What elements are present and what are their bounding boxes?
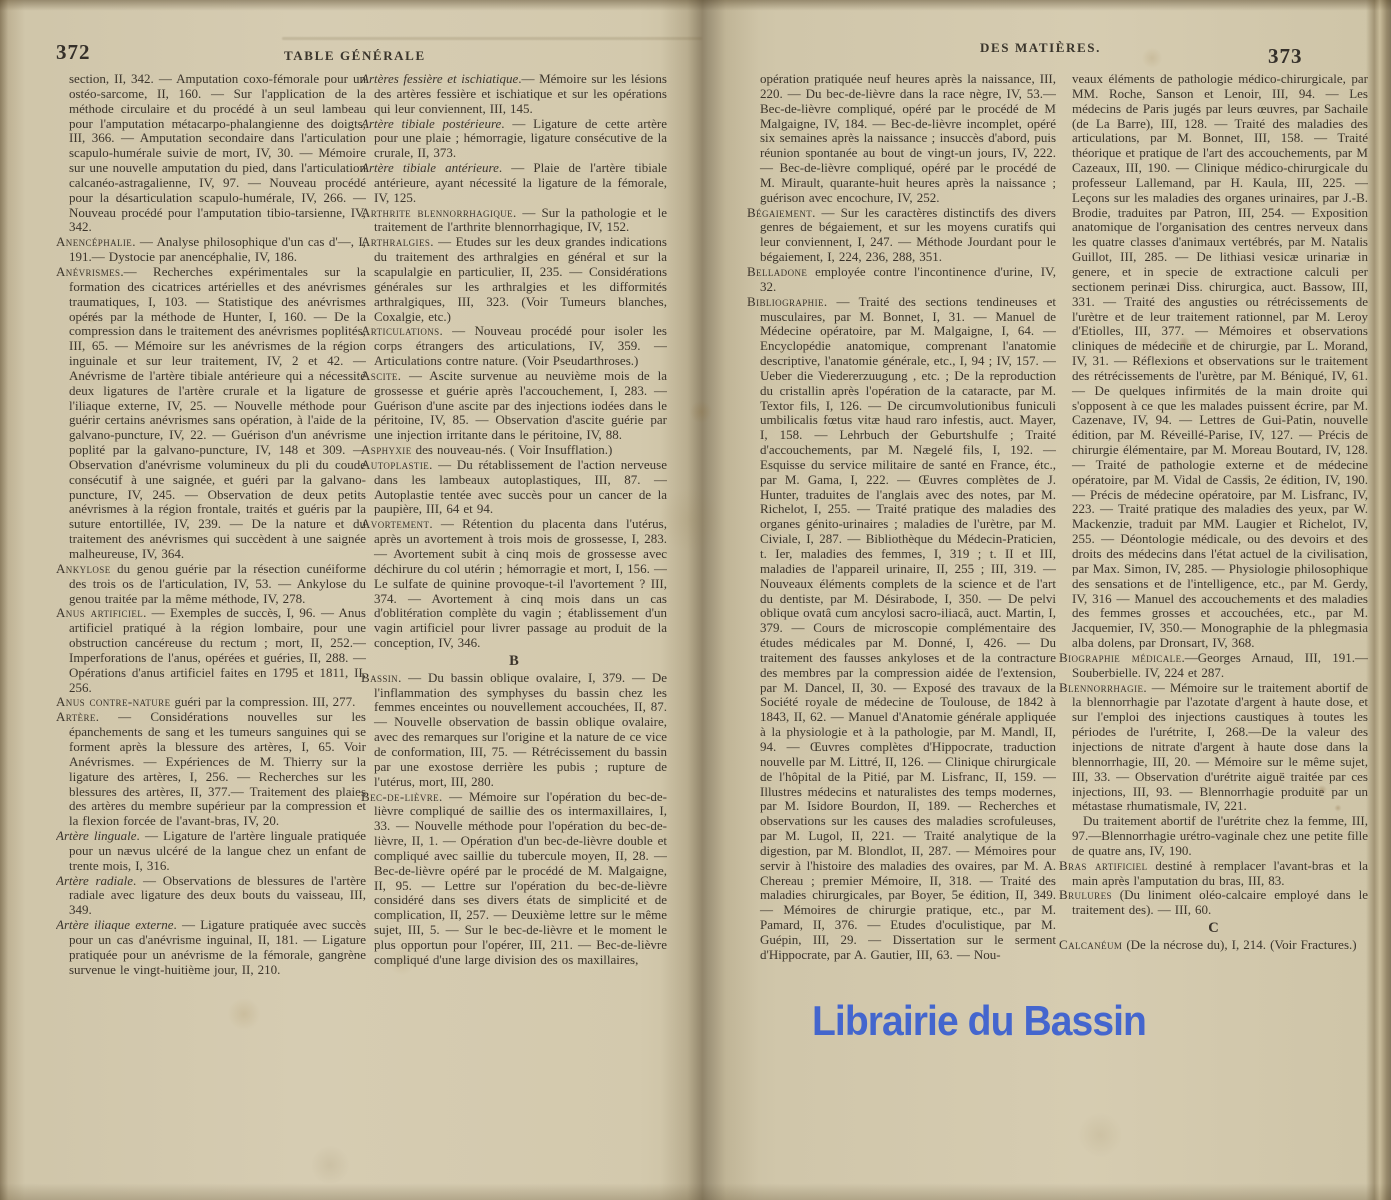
entry-headword: Artère tibiale postérieure xyxy=(361,116,501,131)
index-entry: Bras artificiel destiné à remplacer l'av… xyxy=(1059,859,1368,889)
right-page-column-2: veaux éléments de pathologie médico-chir… xyxy=(1059,72,1368,1144)
entry-headword: Anencéphalie xyxy=(56,234,132,249)
index-entry: Brulures (Du liniment oléo-calcaire empl… xyxy=(1059,888,1368,918)
index-entry: Arthrite blennorrhagique. — Sur la patho… xyxy=(361,206,667,236)
index-entry: Ascite. — Ascite survenue au neuvième mo… xyxy=(361,369,667,443)
entry-headword: Artères fessière et ischiatique xyxy=(361,72,518,86)
entry-headword: Brulures xyxy=(1059,887,1112,902)
entry-headword: Belladone xyxy=(747,264,807,279)
index-entry: Articulations. — Nouveau procédé pour is… xyxy=(361,324,667,369)
index-entry: opération pratiquée neuf heures après la… xyxy=(747,72,1056,206)
index-entry: Anencéphalie. — Analyse philosophique d'… xyxy=(56,235,366,265)
index-entry: Artère tibiale postérieure. — Ligature d… xyxy=(361,117,667,162)
entry-headword: Bégaiement xyxy=(747,205,812,220)
section-letter: B xyxy=(361,654,667,669)
entry-headword: Anus artificiel xyxy=(56,605,143,620)
entry-headword: Artère radiale xyxy=(56,873,133,888)
show-through-rule xyxy=(282,37,702,40)
index-entry: Avortement. — Rétention du placenta dans… xyxy=(361,517,667,651)
index-entry: Bégaiement. — Sur les caractères distinc… xyxy=(747,206,1056,265)
left-running-head: TABLE GÉNÉRALE xyxy=(284,48,426,64)
left-page-column-1: section, II, 342. — Amputation coxo-fémo… xyxy=(56,72,366,1144)
entry-headword: Biographie médicale xyxy=(1059,650,1181,665)
entry-headword: Bassin xyxy=(361,670,398,685)
entry-headword: Articulations xyxy=(361,323,440,338)
index-entry: Anus contre-nature guéri par la compress… xyxy=(56,695,366,710)
entry-headword: Anus contre-nature xyxy=(56,694,170,709)
index-entry: Artères fessière et ischiatique.— Mémoir… xyxy=(361,72,667,117)
section-letter: C xyxy=(1059,921,1368,936)
right-page-column-1: opération pratiquée neuf heures après la… xyxy=(747,72,1056,1144)
entry-headword: Arthralgies xyxy=(361,234,430,249)
right-running-head: DES MATIÈRES. xyxy=(980,40,1101,56)
left-page-number: 372 xyxy=(56,40,91,65)
index-entry: Blennorrhagie. — Mémoire sur le traiteme… xyxy=(1059,681,1368,815)
index-entry: Du traitement abortif de l'urétrite chez… xyxy=(1059,814,1368,859)
entry-headword: Bibliographie xyxy=(747,294,824,309)
entry-headword: Artère iliaque externe xyxy=(56,917,174,932)
index-entry: Bec-de-lièvre. — Mémoire sur l'opération… xyxy=(361,790,667,968)
left-page-column-2: Artères fessière et ischiatique.— Mémoir… xyxy=(361,72,667,1144)
index-entry: Arthralgies. — Etudes sur les deux grand… xyxy=(361,235,667,324)
right-page-number: 373 xyxy=(1268,44,1303,69)
entry-headword: Autoplastie xyxy=(361,457,429,472)
entry-headword: Bras artificiel xyxy=(1059,858,1147,873)
index-entry: Artère radiale. — Observations de blessu… xyxy=(56,874,366,919)
index-entry: Artère. — Considérations nouvelles sur l… xyxy=(56,710,366,829)
entry-headword: Artère linguale xyxy=(56,828,137,843)
index-entry: Bassin. — Du bassin oblique ovalaire, I,… xyxy=(361,671,667,790)
entry-headword: Anévrismes xyxy=(56,264,120,279)
index-entry: Belladone employée contre l'incontinence… xyxy=(747,265,1056,295)
entry-headword: Artère xyxy=(56,709,96,724)
entry-headword: Asphyxie xyxy=(361,442,412,457)
entry-headword: Arthrite blennorrhagique xyxy=(361,205,513,220)
entry-headword: Ankylose xyxy=(56,561,111,576)
entry-headword: Calcanéum xyxy=(1059,937,1122,952)
entry-headword: Avortement xyxy=(361,516,429,531)
entry-headword: Bec-de-lièvre xyxy=(361,789,439,804)
index-entry: section, II, 342. — Amputation coxo-fémo… xyxy=(56,72,366,235)
index-entry: Anus artificiel. — Exemples de succès, I… xyxy=(56,606,366,695)
index-entry: Asphyxie des nouveau-nés. ( Voir Insuffl… xyxy=(361,443,667,458)
index-entry: Artère iliaque externe. — Ligature prati… xyxy=(56,918,366,977)
index-entry: Ankylose du genou guérie par la résectio… xyxy=(56,562,366,607)
index-entry: Biographie médicale.—Georges Arnaud, III… xyxy=(1059,651,1368,681)
entry-headword: Blennorrhagie xyxy=(1059,680,1143,695)
index-entry: Autoplastie. — Du rétablissement de l'ac… xyxy=(361,458,667,517)
entry-headword: Artère tibiale antérieure xyxy=(361,160,499,175)
index-entry: Artère tibiale antérieure. — Plaie de l'… xyxy=(361,161,667,206)
index-entry: Artère linguale. — Ligature de l'artère … xyxy=(56,829,366,874)
index-entry: Calcanéum (De la nécrose du), I, 214. (V… xyxy=(1059,938,1368,953)
index-entry: veaux éléments de pathologie médico-chir… xyxy=(1059,72,1368,651)
entry-headword: Ascite xyxy=(361,368,398,383)
index-entry: Bibliographie. — Traité des sections ten… xyxy=(747,295,1056,963)
index-entry: Anévrismes.— Recherches expérimentales s… xyxy=(56,265,366,562)
